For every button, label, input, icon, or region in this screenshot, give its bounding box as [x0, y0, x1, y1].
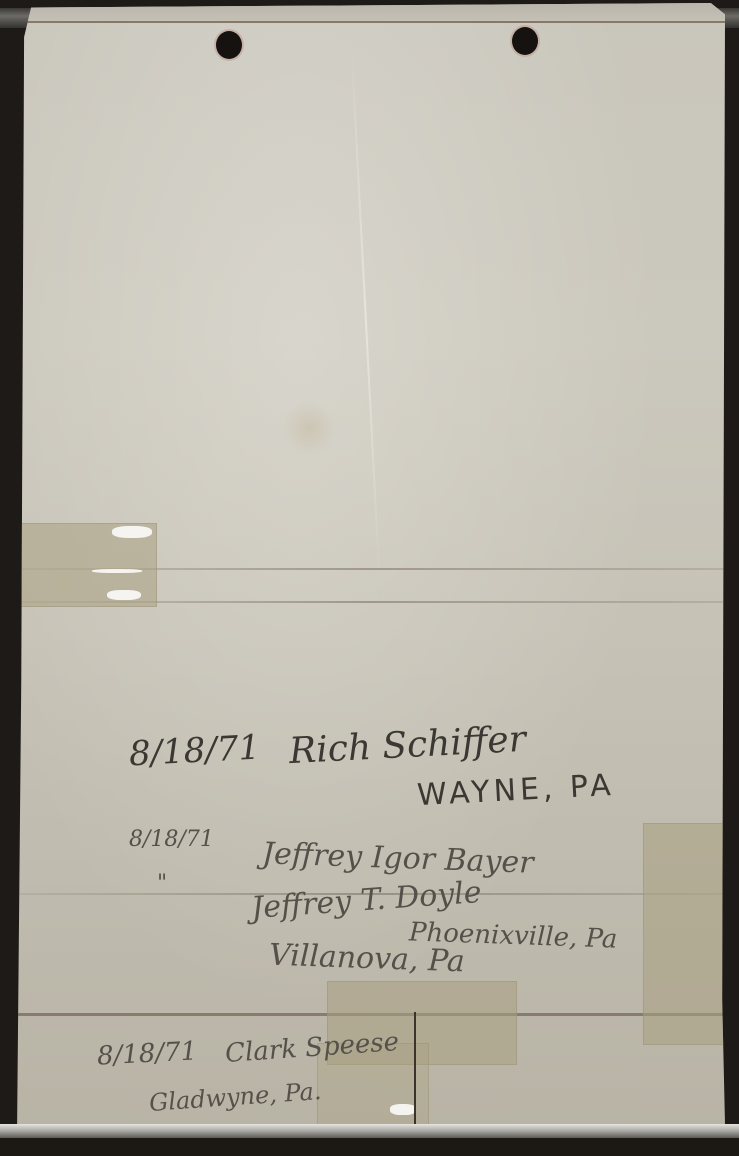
entry-2-name: Jeffrey Igor Bayer — [261, 836, 534, 880]
entry-3-location: Villanova, Pa — [268, 938, 465, 980]
entry-2-date: 8/18/71 — [129, 827, 214, 852]
entry-1-location: WAYNE, PA — [416, 768, 615, 813]
paper-binding-strip — [17, 3, 725, 23]
entry-4-location: Gladwyne, Pa. — [148, 1077, 322, 1117]
entry-1-date: 8/18/71 — [128, 728, 261, 775]
paper-tear — [414, 1012, 416, 1134]
clipboard-bottom-rail — [0, 1124, 739, 1138]
entry-4-date: 8/18/71 — [96, 1036, 198, 1071]
tape-left — [21, 523, 157, 607]
punch-hole-right — [512, 27, 538, 55]
paper-crease-vertical — [350, 43, 381, 602]
background-shadow — [0, 1138, 739, 1156]
paper-sheet: 8/18/71 Rich Schiffer WAYNE, PA 8/18/71 … — [17, 3, 725, 1135]
punch-hole-left — [216, 31, 242, 59]
entry-3-date: " — [157, 871, 167, 896]
tape-right — [643, 823, 725, 1045]
entry-1-name: Rich Schiffer — [288, 719, 527, 772]
